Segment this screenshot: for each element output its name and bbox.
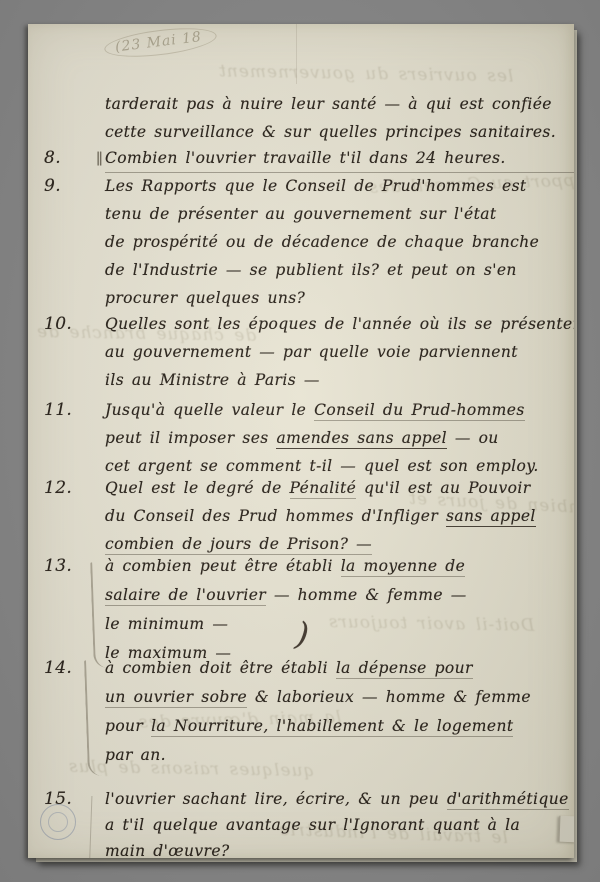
text-line: salaire de l'ouvrier — homme & femme — <box>105 581 574 610</box>
text-line: un ouvrier sobre & laborieux — homme & f… <box>105 683 574 712</box>
text-line: Combien l'ouvrier travaille t'il dans 24… <box>105 144 574 173</box>
text-line: tarderait pas à nuire leur santé — à qui… <box>105 90 574 118</box>
question-block-13: 13. à combien peut être établi la moyenn… <box>28 552 574 668</box>
text-line: peut il imposer ses amendes sans appel —… <box>105 424 574 452</box>
text-line: à combien doit être établi la dépense po… <box>105 654 574 683</box>
question-number: 8. <box>44 144 61 172</box>
text-line: Quelles sont les époques de l'année où i… <box>105 310 574 338</box>
text-line: de prospérité ou de décadence de chaque … <box>105 228 574 256</box>
text-line: tenu de présenter au gouvernement sur l'… <box>105 200 574 228</box>
text-line: le minimum — <box>105 610 574 639</box>
text-line: Les Rapports que le Conseil de Prud'homm… <box>105 172 574 200</box>
archive-stamp-icon <box>40 804 76 840</box>
manuscript-page: (23 Mai 18 les ouvriers du gouvernement … <box>28 24 574 858</box>
ink-showthrough: les ouvriers du gouvernement <box>218 61 514 86</box>
question-block-9: 9. Les Rapports que le Conseil de Prud'h… <box>28 172 574 312</box>
text-line: procurer quelques uns? <box>105 284 574 312</box>
text-line: par an. <box>105 741 574 770</box>
question-number: 9. <box>44 172 61 200</box>
question-block-11: 11. Jusqu'à quelle valeur le Conseil du … <box>28 396 574 480</box>
question-block-14: 14. à combien doit être établi la dépens… <box>28 654 574 770</box>
text-line: pour la Nourriture, l'habillement & le l… <box>105 712 574 741</box>
text-line: de l'Industrie — se publient ils? et peu… <box>105 256 574 284</box>
text-line: à combien peut être établi la moyenne de <box>105 552 574 581</box>
question-block-15: 15. l'ouvrier sachant lire, écrire, & un… <box>28 786 574 858</box>
faint-date-note: (23 Mai 18 <box>103 24 218 62</box>
photograph-background: (23 Mai 18 les ouvriers du gouvernement … <box>0 0 600 882</box>
question-number: 11. <box>44 396 72 424</box>
paper-fold-notch <box>559 816 574 843</box>
text-line: cette surveillance & sur quelles princip… <box>105 118 574 146</box>
question-block-8: 8. ∥ Combien l'ouvrier travaille t'il da… <box>28 144 574 173</box>
text-line: Jusqu'à quelle valeur le Conseil du Prud… <box>105 396 574 424</box>
text-line: ils au Ministre à Paris — <box>105 366 574 394</box>
question-number: 13. <box>44 552 72 581</box>
continuation-text: tarderait pas à nuire leur santé — à qui… <box>28 90 574 146</box>
archive-stamp-inner-ring <box>48 812 68 832</box>
question-number: 10. <box>44 310 72 338</box>
text-line: Quel est le degré de Pénalité qu'il est … <box>105 474 574 502</box>
question-block-10: 10. Quelles sont les époques de l'année … <box>28 310 574 394</box>
text-line: l'ouvrier sachant lire, écrire, & un peu… <box>105 786 574 812</box>
text-line: a t'il quelque avantage sur l'Ignorant q… <box>105 812 574 838</box>
text-line: au gouvernement — par quelle voie parvie… <box>105 338 574 366</box>
text-line: main d'œuvre? <box>105 838 574 858</box>
pencil-double-stroke-mark: ∥ <box>96 145 103 173</box>
text-line: du Conseil des Prud hommes d'Infliger sa… <box>105 502 574 530</box>
question-number: 14. <box>44 654 72 683</box>
question-number: 12. <box>44 474 72 502</box>
question-block-12: 12. Quel est le degré de Pénalité qu'il … <box>28 474 574 558</box>
